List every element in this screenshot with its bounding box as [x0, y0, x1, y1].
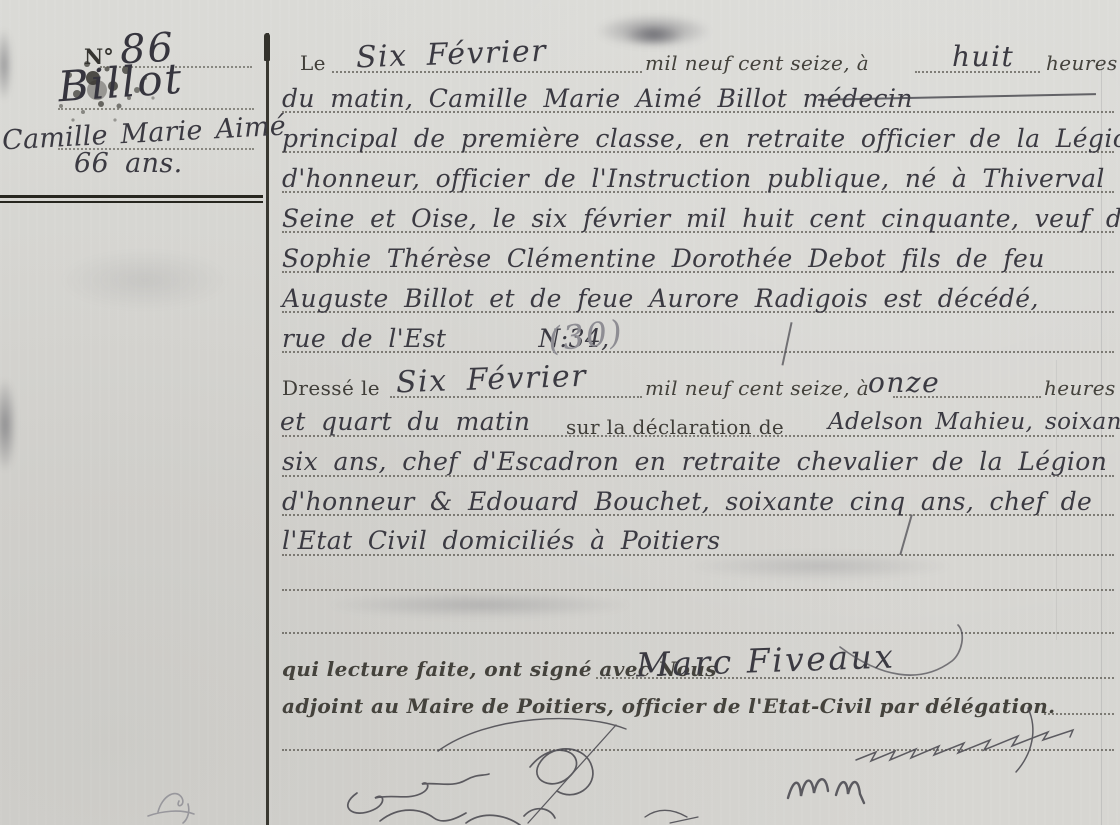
- bleedthrough-blob: [60, 250, 230, 310]
- registration-date: Six Février: [395, 359, 587, 401]
- deceased-age: 66 ans.: [74, 148, 183, 179]
- printed-heures: heures: [1046, 51, 1118, 75]
- act-body-line: Auguste Billot et de feue Aurore Radigoi…: [282, 284, 1039, 313]
- margin-initials: [130, 782, 220, 825]
- registration-hour: onze: [868, 366, 940, 399]
- printed-dresse-le: Dressé le: [282, 376, 380, 400]
- witness-signatures: [280, 555, 1120, 825]
- address-number-pencil: (30): [546, 312, 625, 359]
- pen-flourish: [899, 514, 914, 555]
- death-hour: huit: [952, 40, 1014, 73]
- registration-body-line: six ans, chef d'Escadron en retraite che…: [282, 447, 1107, 476]
- bleedthrough-blob: [0, 30, 12, 100]
- registration-body-line: l'Etat Civil domiciliés à Poitiers: [282, 526, 721, 555]
- margin-double-rule-top: [0, 195, 263, 198]
- pen-flourish: [781, 322, 794, 366]
- declarant-name: Adelson Mahieu, soixante-: [828, 409, 1120, 435]
- registration-body-line: d'honneur & Edouard Bouchet, soixante ci…: [282, 487, 1092, 516]
- printed-heures: heures: [1044, 376, 1116, 400]
- printed-declaration: sur la déclaration de: [566, 415, 784, 439]
- margin-divider-rule-cap: [264, 33, 270, 61]
- registration-quart: et quart du matin: [280, 407, 530, 436]
- printed-year-at: mil neuf cent seize, à: [645, 51, 869, 75]
- act-body-line: d'honneur, officier de l'Instruction pub…: [282, 164, 1105, 193]
- bleedthrough-blob: [0, 380, 16, 470]
- margin-divider-rule: [266, 33, 269, 825]
- printed-le: Le: [300, 51, 326, 75]
- death-date: Six Février: [355, 34, 547, 76]
- printed-year-at: mil neuf cent seize, à: [645, 376, 869, 400]
- act-body-line: Seine et Oise, le six février mil huit c…: [282, 204, 1120, 233]
- margin-double-rule-bottom: [0, 201, 263, 203]
- deceased-surname: Billot: [56, 54, 184, 112]
- act-body-line: principal de première classe, en retrait…: [282, 124, 1120, 153]
- bleedthrough-blob: [624, 26, 684, 46]
- act-body-line: Sophie Thérèse Clémentine Dorothée Debot…: [282, 244, 1045, 273]
- death-certificate-scan: N° 86 Billot Camille Marie Aimé 66 ans. …: [0, 0, 1120, 825]
